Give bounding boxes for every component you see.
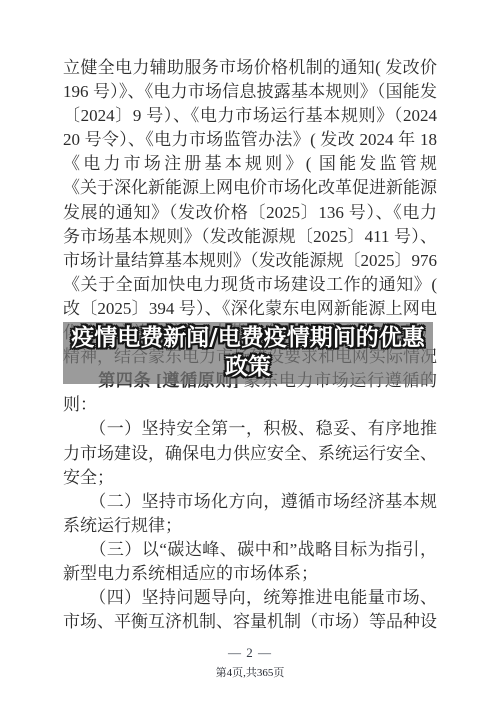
text-line: 则： [63, 393, 437, 417]
text-line: 立健全电力辅助服务市场价格机制的通知( 发改价格〔2024〕 [63, 56, 437, 80]
text-line: （三）以“碳达峰、碳中和”战略目标为指引，构建与 [63, 538, 437, 562]
text-line: 市场计量结算基本规则》（发改能源规〔2025〕976 号）、 [63, 249, 437, 273]
text-line: 〔2024〕9 号）、《电力市场运行基本规则》（2024 年第 [63, 104, 437, 128]
text-line: 196 号）》、《电力市场信息披露基本规则》（国能发监管 [63, 80, 437, 104]
text-line: 安全； [63, 466, 437, 490]
text-line: 新型电力系统相适应的市场体系； [63, 562, 437, 586]
text-line: 发展的通知》（发改价格〔2025〕136 号）、《电力辅助服 [63, 201, 437, 225]
text-line: （一）坚持安全第一，积极、稳妥、有序地推进蒙东电 [63, 417, 437, 441]
text-line: （二）坚持市场化方向，遵循市场经济基本规律和电力 [63, 490, 437, 514]
page-footer: — 2 — 第4页,共365页 [0, 645, 500, 680]
text-line: 《关于全面加快电力现货市场建设工作的通知》( 发改办体 [63, 273, 437, 297]
text-line: 20 号令）、《电力市场监管办法》( 发改 2024 年 18 号令 )、 [63, 128, 437, 152]
text-line: 系统运行规律； [63, 514, 437, 538]
document-page: 立健全电力辅助服务市场价格机制的通知( 发改价格〔2024〕196 号）》、《电… [0, 0, 500, 707]
headline-title-line1: 疫情电费新闻/电费疫情期间的优惠 [71, 324, 424, 353]
text-line: 务市场基本规则》（发改能源规〔2025〕411 号）、《电力 [63, 225, 437, 249]
text-line: 市场、平衡互济机制、容量机制（市场）等品种设置，促进 [63, 610, 437, 634]
text-line: 《电力市场注册基本规则》( 国能发监管规〔2024〕76 号 )、 [63, 152, 437, 176]
text-line: 改〔2025〕394 号）、《深化蒙东电网新能源上网电价市场 [63, 297, 437, 321]
text-line: （四）坚持问题导向，统筹推进电能量市场、辅助服务 [63, 586, 437, 610]
headline-title-line2: 政策 [225, 353, 271, 382]
headline-overlay: 疫情电费新闻/电费疫情期间的优惠 政策 [63, 322, 433, 384]
text-line: 《关于深化新能源上网电价市场化改革促进新能源高质量 [63, 176, 437, 200]
page-progress-label: 第4页,共365页 [0, 664, 500, 680]
text-line: 力市场建设，确保电力供应安全、系统运行安全、市场改革 [63, 442, 437, 466]
page-number-marker: — 2 — [0, 645, 500, 661]
